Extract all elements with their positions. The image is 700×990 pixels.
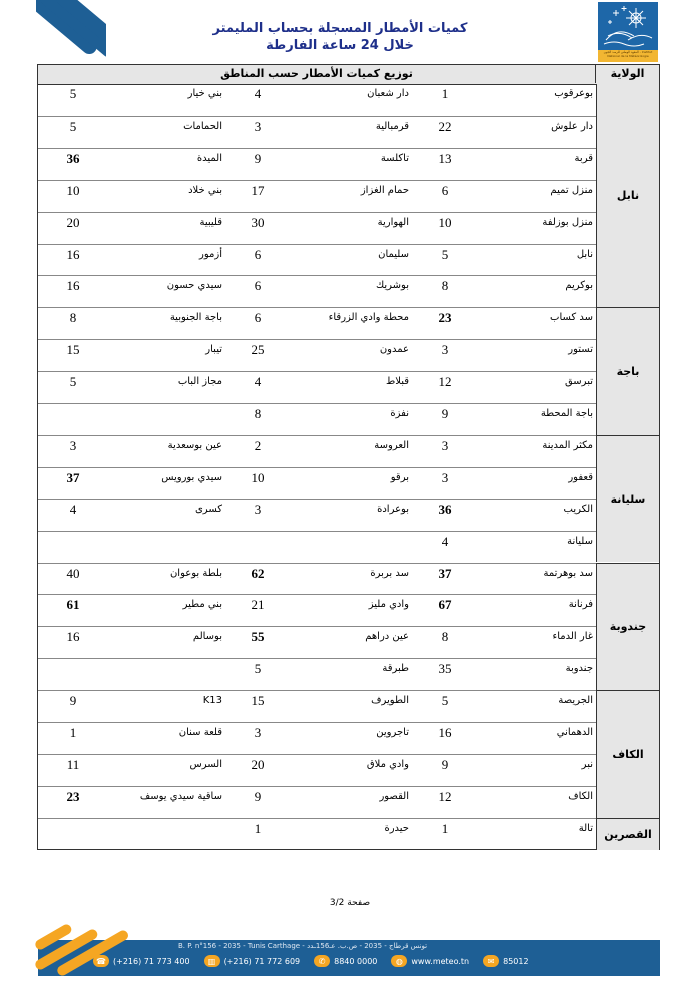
title-line-1: كميات الأمطار المسجلة بحساب المليمتر: [140, 20, 540, 37]
table-row: نبر9وادي ملاق20السرس11: [38, 754, 596, 786]
station-name: بني مطير: [183, 598, 222, 612]
rainfall-value: 16: [58, 630, 88, 644]
station-name: الهوارية: [378, 216, 409, 230]
table-row: تستور3عمدون25تيبار15: [38, 339, 596, 371]
station-name: بوكريم: [565, 279, 593, 293]
table-row: سد كساب23محطة وادي الزرقاء6باجة الجنوبية…: [38, 307, 596, 339]
governorate-cell: القصرين: [596, 818, 659, 850]
rainfall-value: 3: [430, 343, 460, 357]
table-row: فرنانة67وادي مليز21بني مطير61: [38, 594, 596, 626]
table-row: الدهماني16تاجروين3قلعة سنان1: [38, 722, 596, 754]
station-name: حمام الغزاز: [361, 184, 409, 198]
station-name: بني خلاد: [188, 184, 222, 198]
rainfall-value: 5: [430, 248, 460, 262]
header-distribution: توزيع كميات الأمطار حسب المناطق: [38, 65, 596, 83]
station-name: دار علوش: [551, 120, 593, 134]
table-row: الكريب36بوعرادة3كسرى4: [38, 499, 596, 531]
station-name: الحمامات: [183, 120, 222, 134]
station-name: بلطة بوعوان: [170, 567, 222, 581]
table-row: الجريصة5الطويرف15K139: [38, 690, 596, 722]
station-name: منزل تميم: [550, 184, 593, 198]
table-row: سليانة4: [38, 531, 596, 563]
phone-icon: ☎: [93, 955, 109, 967]
station-name: باجة الجنوبية: [170, 311, 222, 325]
table-row: تبرسق12قبلاط4مجاز الباب5: [38, 371, 596, 403]
title-line-2: خلال 24 ساعة الفارطة: [140, 37, 540, 54]
governorate-cell: نابل: [596, 84, 659, 307]
table-row: مكثر المدينة3العروسة2عين بوسعدية3: [38, 435, 596, 467]
footer-band: B. P. n°156 - 2035 - Tunis Carthage - تو…: [38, 940, 660, 976]
table-row: نابل5سليمان6أزمور16: [38, 244, 596, 276]
station-name: أزمور: [199, 248, 222, 262]
station-name: تبرسق: [565, 375, 593, 389]
table-row: منزل بوزلفة10الهوارية30قليبية20: [38, 212, 596, 244]
star-wave-icon: [598, 2, 658, 50]
rainfall-value: 3: [430, 439, 460, 453]
table-row: دار علوش22قرمبالية3الحمامات5: [38, 116, 596, 148]
rainfall-value: 6: [430, 184, 460, 198]
table-row: قربة13تاكلسة9الميدة36: [38, 148, 596, 180]
table-row: بوكريم8بوشريك6سيدي حسون16: [38, 275, 596, 307]
station-name: ساقية سيدي يوسف: [140, 790, 222, 804]
table-row: قعفور3برقو10سيدي بورويس37: [38, 467, 596, 499]
station-name: العروسة: [374, 439, 409, 453]
globe-icon: ◍: [391, 955, 407, 967]
governorate-cell: سليانة: [596, 435, 659, 563]
footer-fax: ▥(+216) 71 772 609: [204, 955, 301, 967]
station-name: مكثر المدينة: [542, 439, 593, 453]
table-row: سد بوهرتمة37سد بربرة62بلطة بوعوان40: [38, 563, 596, 595]
rainfall-value: 6: [243, 311, 273, 325]
station-name: وادي مليز: [369, 598, 409, 612]
station-name: سد كساب: [550, 311, 593, 325]
rainfall-value: 36: [58, 152, 88, 166]
governorate-cell: الكاف: [596, 690, 659, 818]
station-name: عين دراهم: [365, 630, 409, 644]
station-name: كسرى: [195, 503, 222, 517]
station-name: بوعرادة: [377, 503, 409, 517]
footer-contacts: ☎(+216) 71 773 400 ▥(+216) 71 772 609 ✆8…: [93, 955, 529, 967]
decorative-stripes: [36, 0, 106, 64]
rainfall-value: 9: [243, 790, 273, 804]
table-row: تالة1حيدرة1: [38, 818, 596, 850]
station-name: حيدرة: [384, 822, 409, 836]
rainfall-value: 1: [243, 822, 273, 836]
footer-phone: ☎(+216) 71 773 400: [93, 955, 190, 967]
rainfall-value: 3: [243, 503, 273, 517]
rainfall-value: 12: [430, 790, 460, 804]
station-name: بوعرقوب: [554, 87, 593, 101]
fax-icon: ▥: [204, 955, 220, 967]
rainfall-value: 20: [58, 216, 88, 230]
station-name: الميدة: [197, 152, 222, 166]
station-name: بوشريك: [376, 279, 409, 293]
rainfall-value: 13: [430, 152, 460, 166]
station-name: نفزة: [390, 407, 409, 421]
rainfall-value: 3: [58, 439, 88, 453]
station-name: مجاز الباب: [178, 375, 222, 389]
station-name: سليانة: [567, 535, 593, 549]
rainfall-value: 40: [58, 567, 88, 581]
table-header: توزيع كميات الأمطار حسب المناطق الولاية: [38, 65, 659, 85]
rainfall-value: 15: [243, 694, 273, 708]
station-name: الجريصة: [558, 694, 593, 708]
station-name: تالة: [579, 822, 593, 836]
rainfall-value: 8: [430, 279, 460, 293]
rainfall-value: 6: [243, 248, 273, 262]
rainfall-value: 5: [58, 120, 88, 134]
header-governorate: الولاية: [596, 65, 659, 83]
rainfall-value: 16: [58, 248, 88, 262]
station-name: قرمبالية: [376, 120, 409, 134]
station-name: K13: [203, 694, 222, 708]
station-name: قليبية: [199, 216, 222, 230]
governorate-cell: جندوبة: [596, 563, 659, 691]
rainfall-value: 5: [58, 375, 88, 389]
footer-address: B. P. n°156 - 2035 - Tunis Carthage - تو…: [178, 942, 427, 950]
rainfall-value: 12: [430, 375, 460, 389]
rainfall-value: 1: [58, 726, 88, 740]
rainfall-value: 15: [58, 343, 88, 357]
station-name: تاجروين: [376, 726, 409, 740]
footer-website[interactable]: ◍www.meteo.tn: [391, 955, 469, 967]
rainfall-value: 9: [243, 152, 273, 166]
station-name: سليمان: [378, 248, 409, 262]
station-name: قبلاط: [386, 375, 409, 389]
inm-logo: المعهد الوطني للرصد الجوي - Institut Nat…: [598, 2, 658, 62]
governorate-cell: باجة: [596, 307, 659, 435]
table-row: باجة المحطة9نفزة8: [38, 403, 596, 435]
rainfall-value: 16: [430, 726, 460, 740]
rainfall-value: 2: [243, 439, 273, 453]
rainfall-value: 9: [430, 407, 460, 421]
station-name: تيبار: [205, 343, 222, 357]
document-title: كميات الأمطار المسجلة بحساب المليمتر خلا…: [140, 20, 540, 54]
rainfall-value: 10: [430, 216, 460, 230]
rainfall-value: 37: [58, 471, 88, 485]
rainfall-value: 9: [58, 694, 88, 708]
rainfall-value: 5: [243, 662, 273, 676]
rainfall-value: 10: [243, 471, 273, 485]
station-name: تستور: [568, 343, 593, 357]
rainfall-value: 22: [430, 120, 460, 134]
station-name: سد بربرة: [370, 567, 409, 581]
station-name: عين بوسعدية: [168, 439, 222, 453]
rainfall-value: 3: [243, 120, 273, 134]
rainfall-table: توزيع كميات الأمطار حسب المناطق الولاية …: [37, 64, 660, 850]
station-name: دار شعبان: [367, 87, 409, 101]
rainfall-value: 5: [58, 87, 88, 101]
rainfall-value: 35: [430, 662, 460, 676]
rainfall-value: 23: [430, 311, 460, 325]
rainfall-value: 17: [243, 184, 273, 198]
rainfall-value: 4: [243, 375, 273, 389]
logo-caption: المعهد الوطني للرصد الجوي - Institut Nat…: [598, 50, 658, 62]
rainfall-value: 36: [430, 503, 460, 517]
table-row: جندوبة35طبرقة5: [38, 658, 596, 690]
station-name: عمدون: [380, 343, 409, 357]
station-name: باجة المحطة: [541, 407, 593, 421]
station-name: سد بوهرتمة: [544, 567, 593, 581]
sms-icon: ✉: [483, 955, 499, 967]
page-number: صفحة 3/2: [0, 898, 700, 908]
rainfall-value: 1: [430, 822, 460, 836]
rainfall-value: 21: [243, 598, 273, 612]
rainfall-value: 3: [243, 726, 273, 740]
rainfall-value: 4: [430, 535, 460, 549]
rainfall-value: 20: [243, 758, 273, 772]
rainfall-value: 55: [243, 630, 273, 644]
station-name: قربة: [575, 152, 593, 166]
rainfall-value: 23: [58, 790, 88, 804]
rainfall-value: 11: [58, 758, 88, 772]
rainfall-value: 10: [58, 184, 88, 198]
station-name: نبر: [582, 758, 593, 772]
station-name: محطة وادي الزرقاء: [329, 311, 409, 325]
station-name: بوسالم: [193, 630, 222, 644]
rainfall-value: 8: [430, 630, 460, 644]
station-name: جندوبة: [566, 662, 593, 676]
station-name: الطويرف: [371, 694, 409, 708]
table-row: بوعرقوب1دار شعبان4بني خيار5: [38, 84, 596, 116]
station-name: طبرقة: [382, 662, 409, 676]
station-name: بني خيار: [188, 87, 222, 101]
station-name: الكريب: [564, 503, 593, 517]
rainfall-value: 4: [58, 503, 88, 517]
station-name: برقو: [391, 471, 409, 485]
table-row: منزل تميم6حمام الغزاز17بني خلاد10: [38, 180, 596, 212]
rainfall-value: 1: [430, 87, 460, 101]
footer-sms: ✉85012: [483, 955, 528, 967]
station-name: سيدي بورويس: [161, 471, 222, 485]
rainfall-value: 8: [243, 407, 273, 421]
rainfall-value: 25: [243, 343, 273, 357]
rainfall-value: 61: [58, 598, 88, 612]
station-name: الدهماني: [557, 726, 593, 740]
station-name: القصور: [379, 790, 409, 804]
table-row: غار الدماء8عين دراهم55بوسالم16: [38, 626, 596, 658]
rainfall-value: 62: [243, 567, 273, 581]
station-name: السرس: [190, 758, 222, 772]
station-name: فرنانة: [569, 598, 593, 612]
rainfall-value: 6: [243, 279, 273, 293]
station-name: تاكلسة: [381, 152, 409, 166]
rainfall-value: 5: [430, 694, 460, 708]
rainfall-value: 16: [58, 279, 88, 293]
rainfall-value: 8: [58, 311, 88, 325]
station-name: نابل: [577, 248, 593, 262]
station-name: منزل بوزلفة: [542, 216, 593, 230]
station-name: قعفور: [568, 471, 593, 485]
rainfall-value: 9: [430, 758, 460, 772]
table-row: الكاف12القصور9ساقية سيدي يوسف23: [38, 786, 596, 818]
rainfall-value: 3: [430, 471, 460, 485]
rainfall-value: 37: [430, 567, 460, 581]
station-name: سيدي حسون: [167, 279, 222, 293]
rainfall-value: 4: [243, 87, 273, 101]
station-name: قلعة سنان: [179, 726, 222, 740]
rainfall-value: 67: [430, 598, 460, 612]
station-name: الكاف: [568, 790, 593, 804]
rainfall-value: 30: [243, 216, 273, 230]
station-name: غار الدماء: [553, 630, 593, 644]
call-icon: ✆: [314, 955, 330, 967]
footer-hotline: ✆8840 0000: [314, 955, 377, 967]
station-name: وادي ملاق: [367, 758, 409, 772]
